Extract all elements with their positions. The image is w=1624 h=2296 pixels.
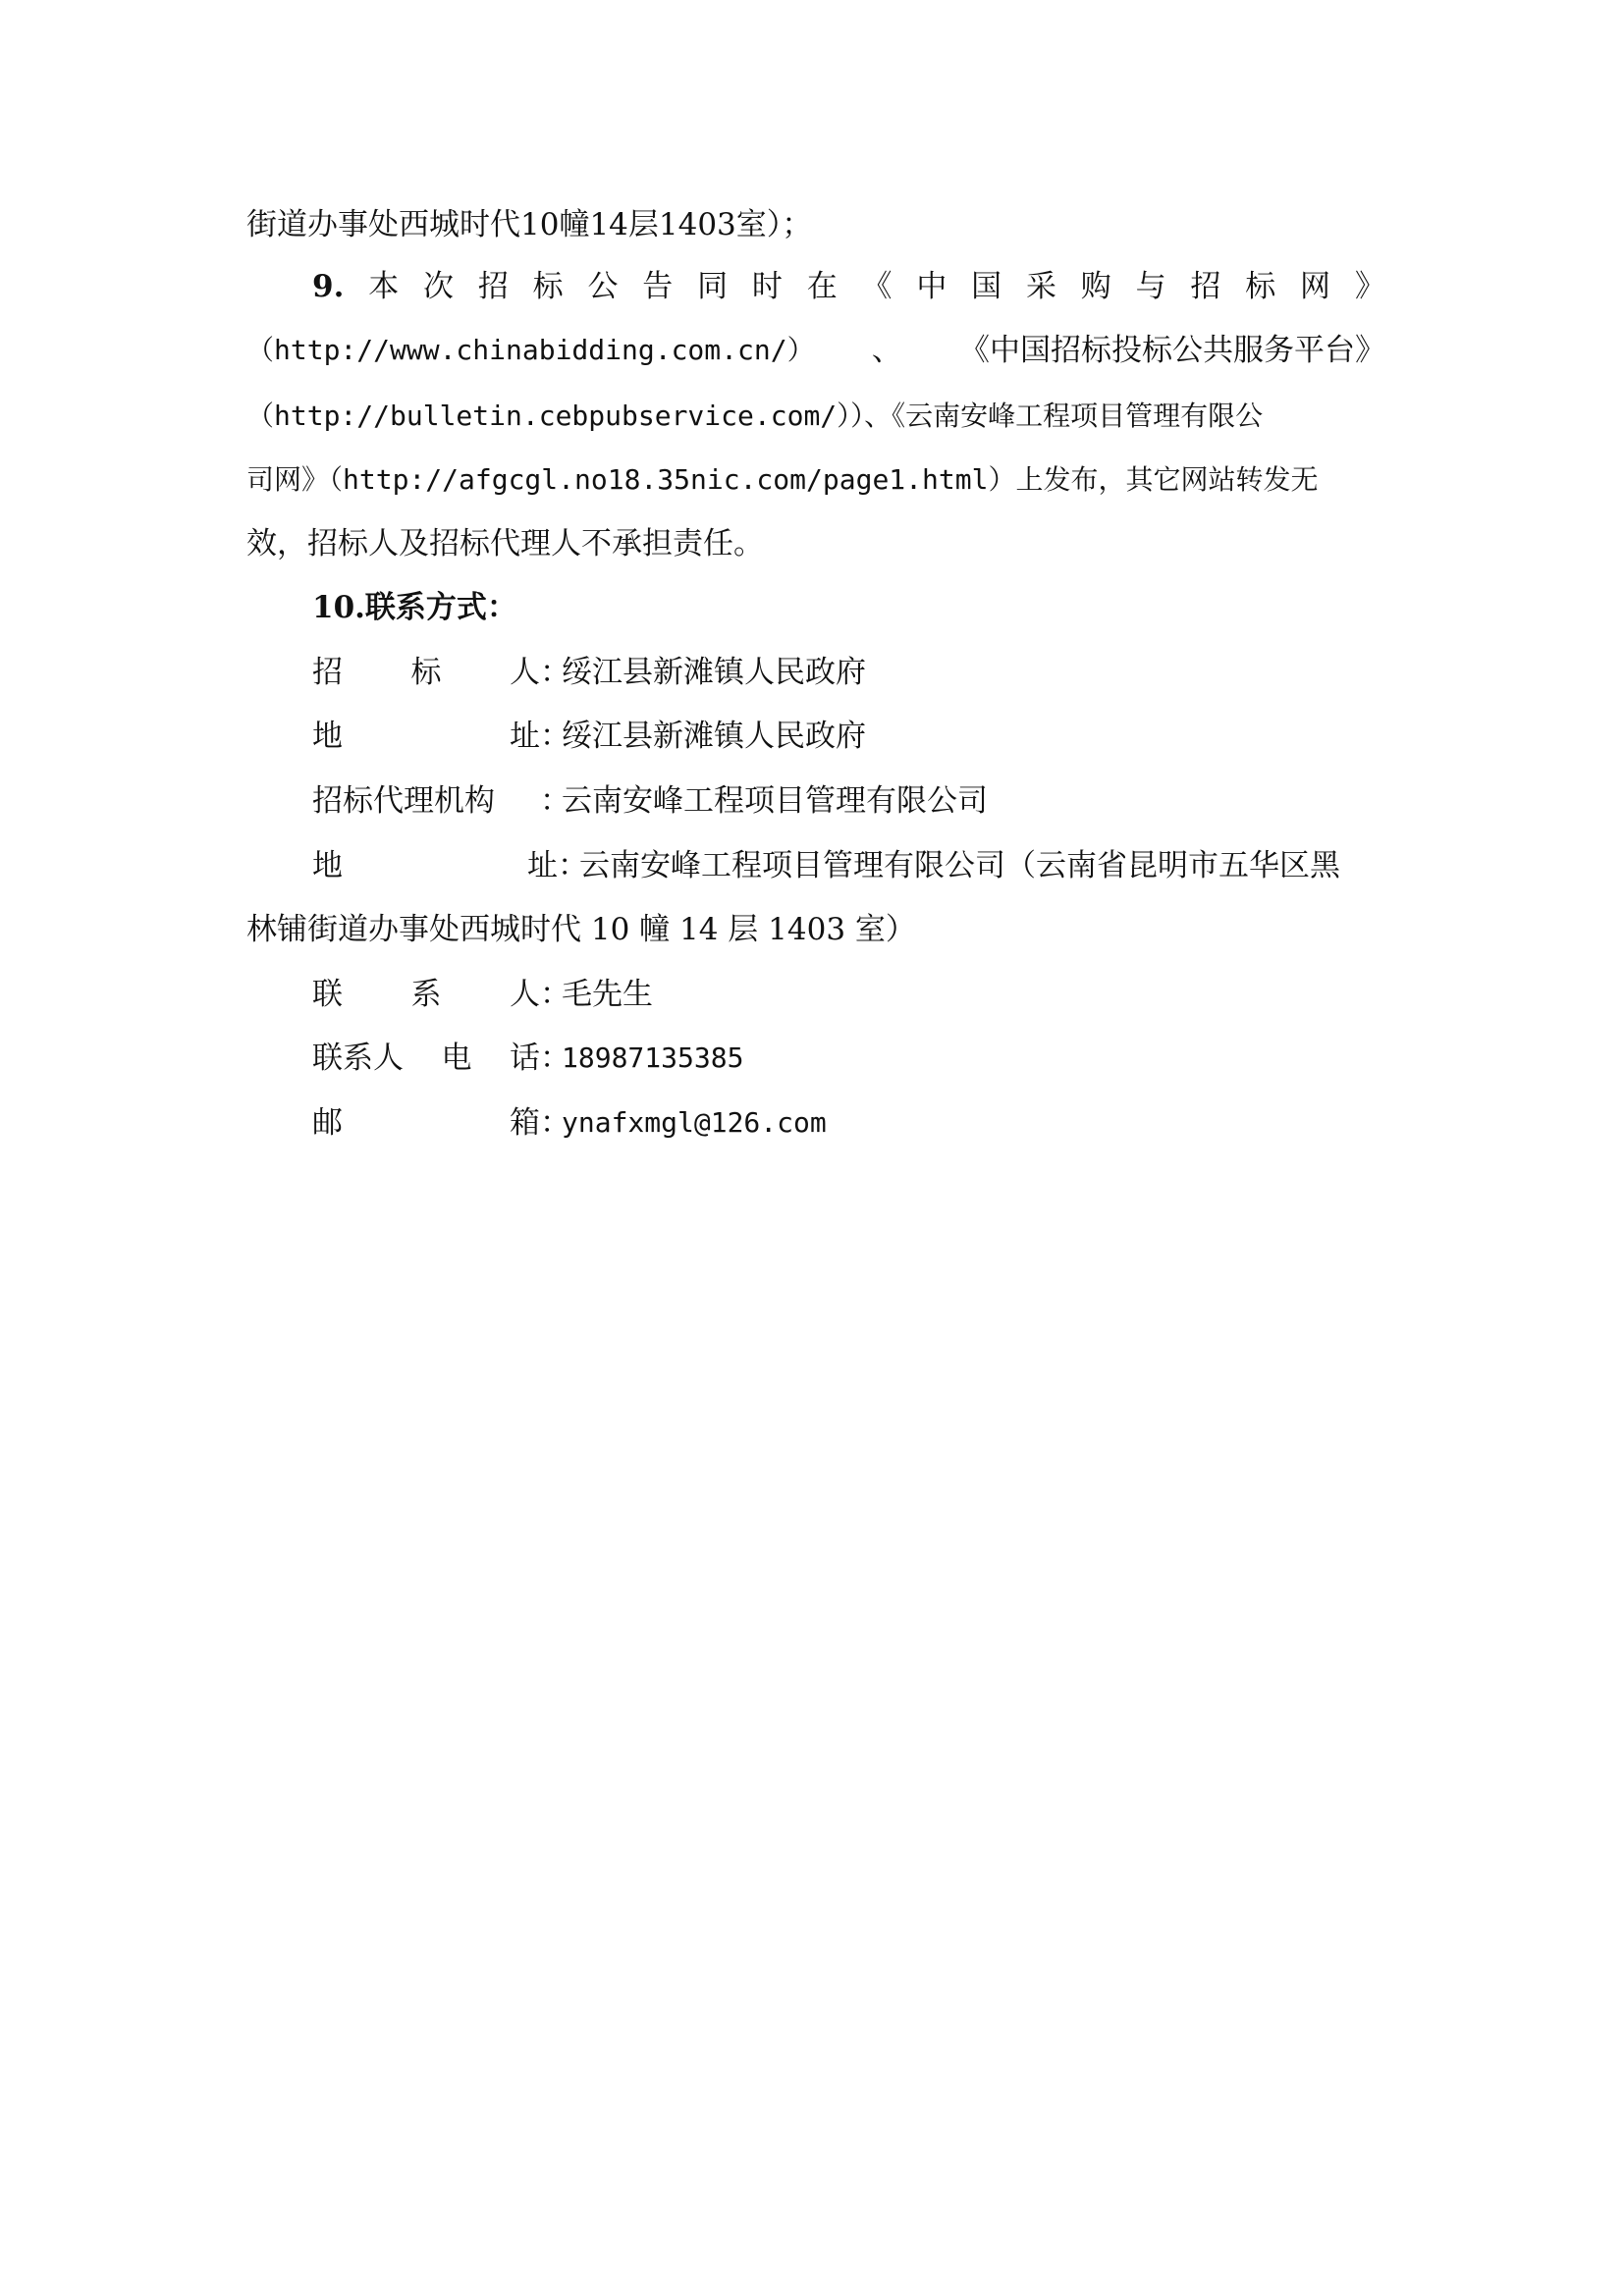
char: 招 [478,267,509,306]
platform-name: 《中国招标投标公共服务平台》 [959,331,1385,370]
contact-value: 绥江县新滩镇人民政府 [562,653,866,692]
contact-person: 联 系 人 ： 毛先生 [312,975,653,1014]
phone-number: 18987135385 [562,1039,743,1078]
contact-agency-address: 地 址 ： 云南安峰工程项目管理有限公司（云南省昆明市五华区黑 [312,846,1340,885]
char: 标 [533,267,564,306]
char: 国 [971,267,1001,306]
char: 标 [1245,267,1275,306]
char: 》 [1355,267,1385,306]
colon: ： [540,717,562,756]
contact-email: 邮 箱 ： ynafxmgl@126.com [312,1103,827,1143]
char: 次 [423,267,454,306]
colon: ： [540,653,562,692]
char: 本 [368,267,399,306]
item9-line5: 效，招标人及招标代理人不承担责任。 [246,524,1385,563]
char: 购 [1081,267,1111,306]
colon: ： [540,1039,562,1078]
char: 同 [697,267,728,306]
contact-label: 招 标 人 [312,653,540,692]
item9-line3: （http://bulletin.cebpubservice.com/））、《云… [246,396,1385,436]
char: 与 [1136,267,1166,306]
char: 公 [587,267,618,306]
colon: ： [540,975,562,1014]
char: 告 [642,267,673,306]
email-link[interactable]: ynafxmgl@126.com [562,1103,827,1143]
char: 《 [862,267,893,306]
char: 招 [1190,267,1220,306]
contact-label: 地 址 [312,846,558,885]
link-chinabidding[interactable]: （http://www.chinabidding.com.cn/） [246,331,815,370]
contact-phone: 联系人 电 话 ： 18987135385 [312,1039,743,1078]
contact-value: 毛先生 [562,975,653,1014]
colon: ： [558,846,579,885]
colon: ： [540,1103,562,1143]
contact-label: 联 系 人 [312,975,540,1014]
item9-number: 9. [312,267,344,306]
contact-agency: 招标代理机构 ： 云南安峰工程项目管理有限公司 [312,781,988,821]
item9-line4: 司网》（http://afgcgl.no18.35nic.com/page1.h… [246,459,1385,500]
contact-label: 邮 箱 [312,1103,540,1143]
contact-label: 联系人 电 话 [312,1039,540,1078]
char: 采 [1026,267,1056,306]
item9-line2: （http://www.chinabidding.com.cn/） 、 《中国招… [246,331,1385,370]
char: 在 [807,267,838,306]
char: 时 [752,267,783,306]
link-cebpubservice[interactable]: （http://bulletin.cebpubservice.com/））、《云… [246,400,1263,432]
separator: 、 [872,331,902,370]
link-afgcgl[interactable]: 司网》（http://afgcgl.no18.35nic.com/page1.h… [246,463,1318,496]
char: 网 [1300,267,1330,306]
contact-value: 绥江县新滩镇人民政府 [562,717,866,756]
char: 中 [916,267,947,306]
item9-line1: 9. 本 次 招 标 公 告 同 时 在 《 中 国 采 购 与 招 标 网 》 [312,267,1385,306]
continuation-line: 街道办事处西城时代10幢14层1403室）； [246,205,1385,244]
contact-value: 云南安峰工程项目管理有限公司（云南省昆明市五华区黑 [579,846,1340,885]
contact-label: 招标代理机构 [312,781,540,821]
contact-tenderer-address: 地 址 ： 绥江县新滩镇人民政府 [312,717,866,756]
document-page: 街道办事处西城时代10幢14层1403室）； 9. 本 次 招 标 公 告 同 … [0,0,1624,2296]
contact-label: 地 址 [312,717,540,756]
item10-heading: 10.联系方式： [312,588,1451,627]
colon: ： [540,781,562,821]
contact-tenderer: 招 标 人 ： 绥江县新滩镇人民政府 [312,653,866,692]
contact-value: 云南安峰工程项目管理有限公司 [562,781,988,821]
contact-agency-address-continuation: 林铺街道办事处西城时代 10 幢 14 层 1403 室） [246,910,1385,949]
